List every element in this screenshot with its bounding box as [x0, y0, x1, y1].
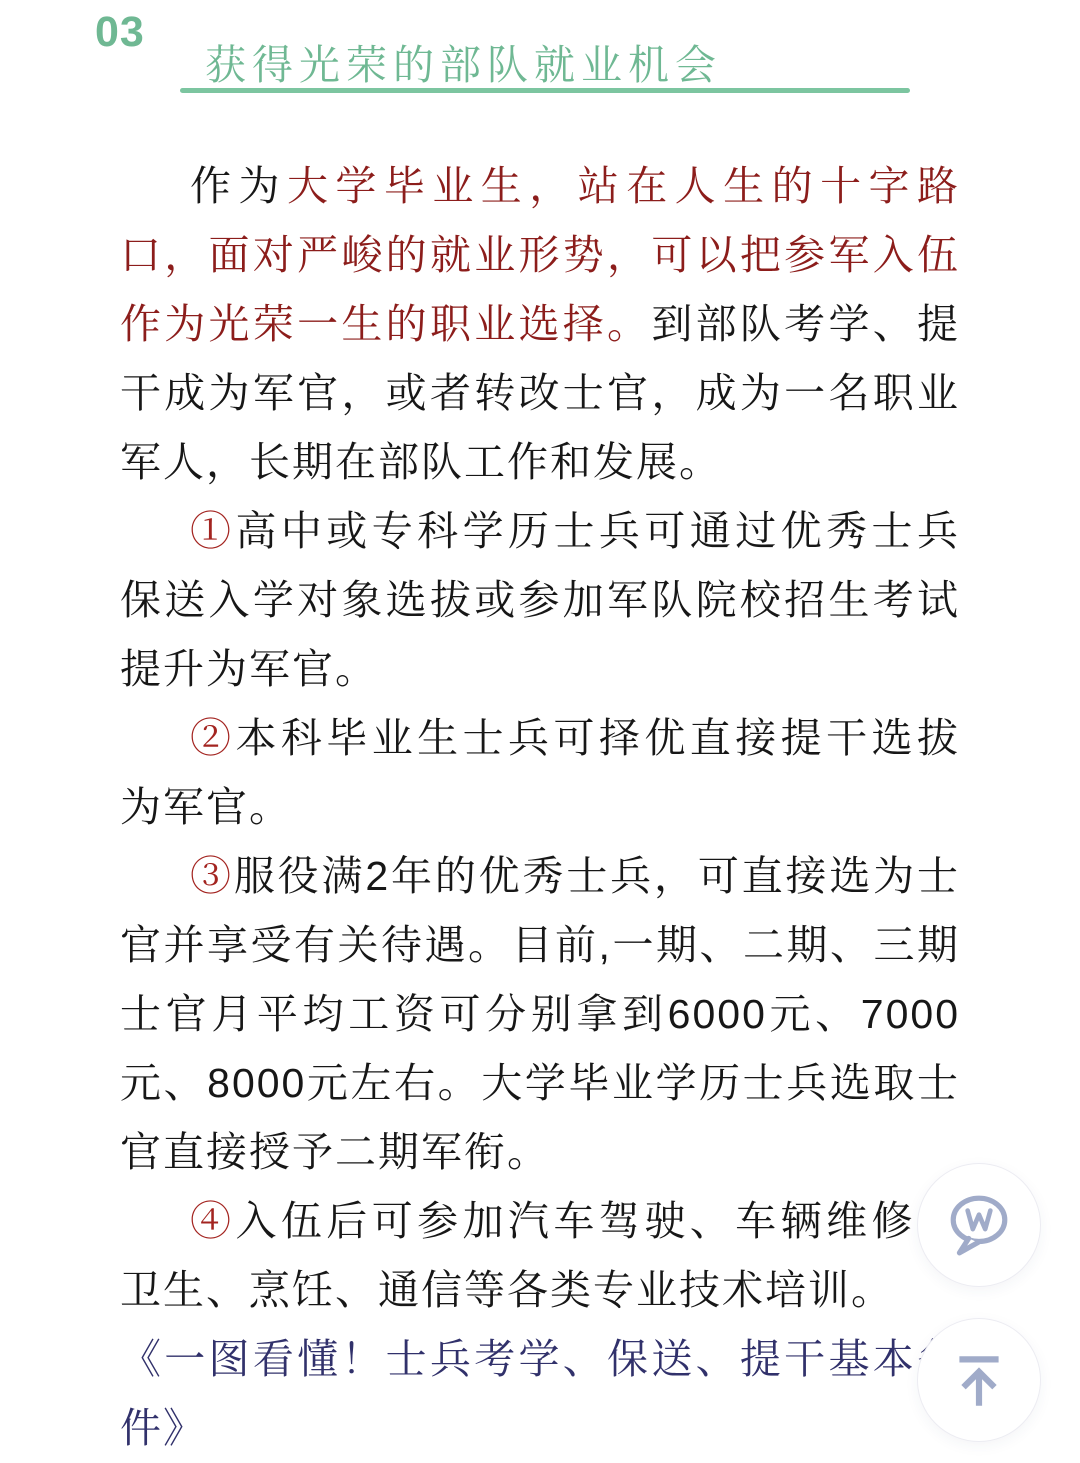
paragraph-text: 服役满2年的优秀士兵，可直接选为士官并享受有关待遇。目前,一期、二期、三期士官月…	[120, 853, 960, 1175]
paragraph-text: 本科毕业生士兵可择优直接提干选拔为军官。	[120, 715, 960, 830]
paragraph-5: ④入伍后可参加汽车驾驶、车辆维修、卫生、烹饪、通信等各类专业技术培训。	[120, 1187, 960, 1325]
paragraph-4: ③服役满2年的优秀士兵，可直接选为士官并享受有关待遇。目前,一期、二期、三期士官…	[120, 842, 960, 1187]
list-marker: ①	[190, 508, 235, 554]
paragraph-2: ①高中或专科学历士兵可通过优秀士兵保送入学对象选拔或参加军队院校招生考试提升为军…	[120, 497, 960, 704]
paragraph-text: 高中或专科学历士兵可通过优秀士兵保送入学对象选拔或参加军队院校招生考试提升为军官…	[120, 508, 960, 692]
back-to-top-button[interactable]	[917, 1318, 1041, 1442]
paragraph-1: 作为大学毕业生，站在人生的十字路口，面对严峻的就业形势，可以把参军入伍作为光荣一…	[120, 152, 960, 497]
list-marker: ④	[190, 1198, 235, 1244]
comment-button[interactable]	[917, 1163, 1041, 1287]
section-number: 03	[95, 8, 145, 57]
article-body: 作为大学毕业生，站在人生的十字路口，面对严峻的就业形势，可以把参军入伍作为光荣一…	[120, 152, 960, 1463]
list-marker: ③	[190, 853, 234, 899]
paragraph-text: 入伍后可参加汽车驾驶、车辆维修、卫生、烹饪、通信等各类专业技术培训。	[120, 1198, 960, 1313]
paragraph-3: ②本科毕业生士兵可择优直接提干选拔为军官。	[120, 704, 960, 842]
section-title: 获得光荣的部队就业机会	[205, 32, 722, 91]
paragraph-6: 《一图看懂！士兵考学、保送、提干基本条件》	[120, 1325, 960, 1463]
list-marker: ②	[190, 715, 235, 761]
title-underline	[180, 88, 910, 93]
article-link[interactable]: 《一图看懂！士兵考学、保送、提干基本条件》	[120, 1336, 960, 1451]
paragraph-text: 作为	[190, 163, 287, 209]
arrow-up-to-top-icon	[946, 1347, 1012, 1413]
wechat-comment-bubble-icon	[946, 1192, 1012, 1258]
